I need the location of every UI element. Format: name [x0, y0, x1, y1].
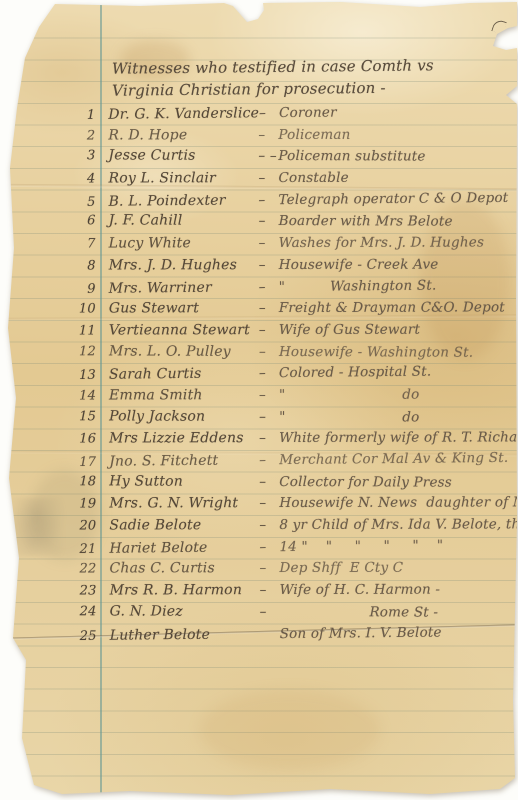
witness-description: Dep Shff E Cty C [279, 560, 403, 576]
witness-row: 2R. D. Hope–Policeman [55, 126, 515, 149]
witness-name: Sarah Curtis [109, 365, 259, 382]
witness-name: Jesse Curtis [108, 147, 258, 164]
witness-number: 14 [56, 388, 109, 403]
witness-number: 23 [57, 583, 110, 598]
witness-row: 25Luther BeloteSon of Mrs. I. V. Belote [57, 623, 517, 649]
witness-number: 1 [55, 107, 108, 123]
witness-description: " do [279, 386, 419, 402]
witness-number: 19 [56, 496, 109, 511]
dash-mark: – [259, 213, 279, 229]
witness-row: 22Chas C. Curtis–Dep Shff E Cty C [56, 559, 516, 582]
witness-name: Luther Belote [110, 625, 260, 642]
witness-description: Colored - Hospital St. [279, 363, 432, 380]
witness-name: Hy Sutton [109, 473, 259, 490]
witness-description: Telegraph operator C & O Depot [278, 189, 508, 207]
witness-row: 12Mrs. L. O. Pulley–Housewife - Washingt… [56, 342, 516, 365]
title-line-2: Virginia Christian for prosecution - [112, 76, 434, 101]
witness-row: 24G. N. Diez– Rome St - [57, 603, 517, 626]
witness-description: Constable [278, 169, 348, 185]
witness-name: Roy L. Sinclair [108, 170, 258, 186]
witness-number: 21 [56, 541, 109, 557]
witness-name: Mrs. L. O. Pulley [109, 342, 259, 359]
witness-description: Housewife N. News daughter of Mrs Belote [279, 494, 518, 511]
witness-number: 22 [56, 561, 109, 576]
witness-row: 3Jesse Curtis– –Policeman substitute [55, 147, 515, 170]
dash-mark: – [259, 473, 279, 489]
witness-name: Mrs Lizzie Eddens [109, 430, 259, 446]
witness-description: Wife of H. C. Harmon - [280, 581, 441, 597]
witness-description: Son of Mrs. I. V. Belote [280, 624, 442, 642]
dash-mark: – [259, 235, 279, 251]
witness-number: 2 [55, 128, 108, 143]
dash-mark: – [260, 603, 280, 619]
dash-mark: – [258, 126, 278, 142]
dash-mark: – [259, 278, 279, 294]
witness-number: 7 [56, 236, 109, 251]
witness-name: Chas C. Curtis [109, 560, 259, 576]
witness-description: Merchant Cor Mal Av & King St. [279, 449, 508, 467]
witness-number: 10 [56, 301, 109, 316]
witness-name: Mrs. Warriner [109, 278, 259, 295]
witness-number: 16 [56, 431, 109, 446]
witness-number: 25 [57, 628, 110, 644]
witness-row: 14Emma Smith–" do [56, 386, 516, 409]
witness-name: Sadie Belote [109, 517, 259, 533]
witness-description: Freight & Drayman C&O. Depot [279, 299, 505, 316]
witness-list: 1Dr. G. K. Vanderslice–Coroner 2R. D. Ho… [55, 104, 516, 647]
witness-row: 4Roy L. Sinclair–Constable [55, 169, 515, 192]
witness-row: 17Jno. S. Fitchett–Merchant Cor Mal Av &… [56, 449, 516, 475]
witness-name: Mrs. J. D. Hughes [109, 256, 259, 272]
witness-description: White formerly wife of R. T. Richardson [279, 429, 518, 446]
witness-description: Coroner [279, 104, 337, 121]
dash-mark: – [259, 105, 279, 121]
witness-row: 23Mrs R. B. Harmon–Wife of H. C. Harmon … [57, 581, 517, 604]
witness-row: 8Mrs. J. D. Hughes–Housewife - Creek Ave [56, 256, 516, 279]
dash-mark: – [259, 408, 279, 424]
witness-number: 4 [55, 171, 108, 186]
witness-row: 5B. L. Poindexter–Telegraph operator C &… [55, 189, 515, 215]
witness-number: 24 [57, 604, 110, 619]
witness-description: Wife of Gus Stewart [279, 321, 420, 337]
witness-name: Mrs. G. N. Wright [109, 495, 259, 511]
dash-mark: – [259, 256, 279, 272]
dash-mark: – [259, 560, 279, 576]
witness-description: Collector for Daily Press [279, 473, 452, 490]
witness-number: 18 [56, 473, 109, 488]
witness-description: Housewife - Washington St. [279, 343, 473, 360]
witness-row: 16Mrs Lizzie Eddens–White formerly wife … [56, 429, 516, 452]
witness-description: Policeman [278, 126, 350, 142]
dash-mark: – [259, 517, 279, 533]
witness-name: Vertieanna Stewart [109, 321, 259, 337]
witness-row: 11Vertieanna Stewart–Wife of Gus Stewart [56, 321, 516, 344]
dash-mark: – [260, 582, 280, 598]
stray-pen-curl-mark [491, 18, 506, 34]
witness-name: Polly Jackson [109, 408, 259, 425]
witness-number: 12 [56, 343, 109, 358]
witness-name: G. N. Diez [110, 603, 260, 620]
document-page: Witnesses who testified in case Comth vs… [0, 0, 518, 800]
witness-description: " Washington St. [279, 277, 437, 295]
witness-name: J. F. Cahill [109, 212, 259, 229]
witness-row: 7Lucy White–Washes for Mrs. J. D. Hughes [56, 234, 516, 257]
witness-row: 15Polly Jackson–" do [56, 407, 516, 430]
witness-row: 13Sarah Curtis–Colored - Hospital St. [56, 363, 516, 389]
dash-mark: – [258, 170, 278, 186]
document-title: Witnesses who testified in case Comth vs… [112, 54, 434, 101]
dash-mark: – [258, 191, 278, 207]
witness-number: 9 [56, 281, 109, 297]
witness-name: B. L. Poindexter [108, 192, 258, 209]
witness-row: 9Mrs. Warriner–" Washington St. [56, 276, 516, 302]
witness-number: 3 [55, 148, 108, 163]
paper-stain [200, 690, 380, 770]
witness-row: 19Mrs. G. N. Wright–Housewife N. News da… [56, 494, 516, 517]
witness-number: 5 [55, 194, 108, 210]
witness-name: Mrs R. B. Harmon [110, 582, 260, 598]
witness-number: 11 [56, 323, 109, 338]
dash-mark: – [259, 321, 279, 337]
witness-name: Hariet Belote [109, 539, 259, 556]
witness-row: 10Gus Stewart–Freight & Drayman C&O. Dep… [56, 299, 516, 322]
witness-description: 14 " " " " " " [279, 537, 443, 555]
dash-mark: – [259, 495, 279, 511]
witness-number: 6 [56, 213, 109, 228]
witness-row: 6J. F. Cahill–Boarder with Mrs Belote [56, 212, 516, 235]
witness-row: 18Hy Sutton–Collector for Daily Press [56, 472, 516, 495]
witness-description: Rome St - [280, 603, 439, 620]
witness-number: 17 [56, 454, 109, 470]
dash-mark: – – [258, 148, 278, 164]
stray-pen-mark [249, 2, 257, 16]
witness-number: 15 [56, 408, 109, 423]
witness-name: Gus Stewart [109, 300, 259, 316]
witness-name: Jno. S. Fitchett [109, 452, 259, 469]
witness-number: 13 [56, 367, 109, 383]
dash-mark: – [259, 538, 279, 554]
witness-name: Lucy White [109, 235, 259, 251]
witness-number: 8 [56, 258, 109, 273]
witness-name: R. D. Hope [108, 126, 258, 142]
witness-description: " do [279, 408, 419, 424]
witness-row: 1Dr. G. K. Vanderslice–Coroner [55, 102, 515, 128]
witness-name: Dr. G. K. Vanderslice [108, 105, 259, 122]
witness-description: Boarder with Mrs Belote [279, 213, 453, 230]
witness-description: Policeman substitute [278, 148, 425, 165]
photo-backdrop: Witnesses who testified in case Comth vs… [0, 0, 518, 800]
dash-mark: – [259, 300, 279, 316]
witness-row: 21Hariet Belote–14 " " " " " " [56, 536, 516, 562]
witness-row: 20Sadie Belote–8 yr Child of Mrs. Ida V.… [56, 516, 516, 539]
witness-description: Washes for Mrs. J. D. Hughes [279, 234, 484, 251]
dash-mark: – [259, 452, 279, 468]
dash-mark: – [259, 343, 279, 359]
witness-description: Housewife - Creek Ave [279, 256, 439, 272]
witness-description: 8 yr Child of Mrs. Ida V. Belote, the de… [279, 516, 518, 533]
dash-mark: – [259, 386, 279, 402]
witness-number: 20 [56, 518, 109, 533]
dash-mark: – [259, 365, 279, 381]
dash-mark: – [259, 430, 279, 446]
paper-shadow-wrap: Witnesses who testified in case Comth vs… [0, 0, 518, 800]
witness-name: Emma Smith [109, 387, 259, 403]
